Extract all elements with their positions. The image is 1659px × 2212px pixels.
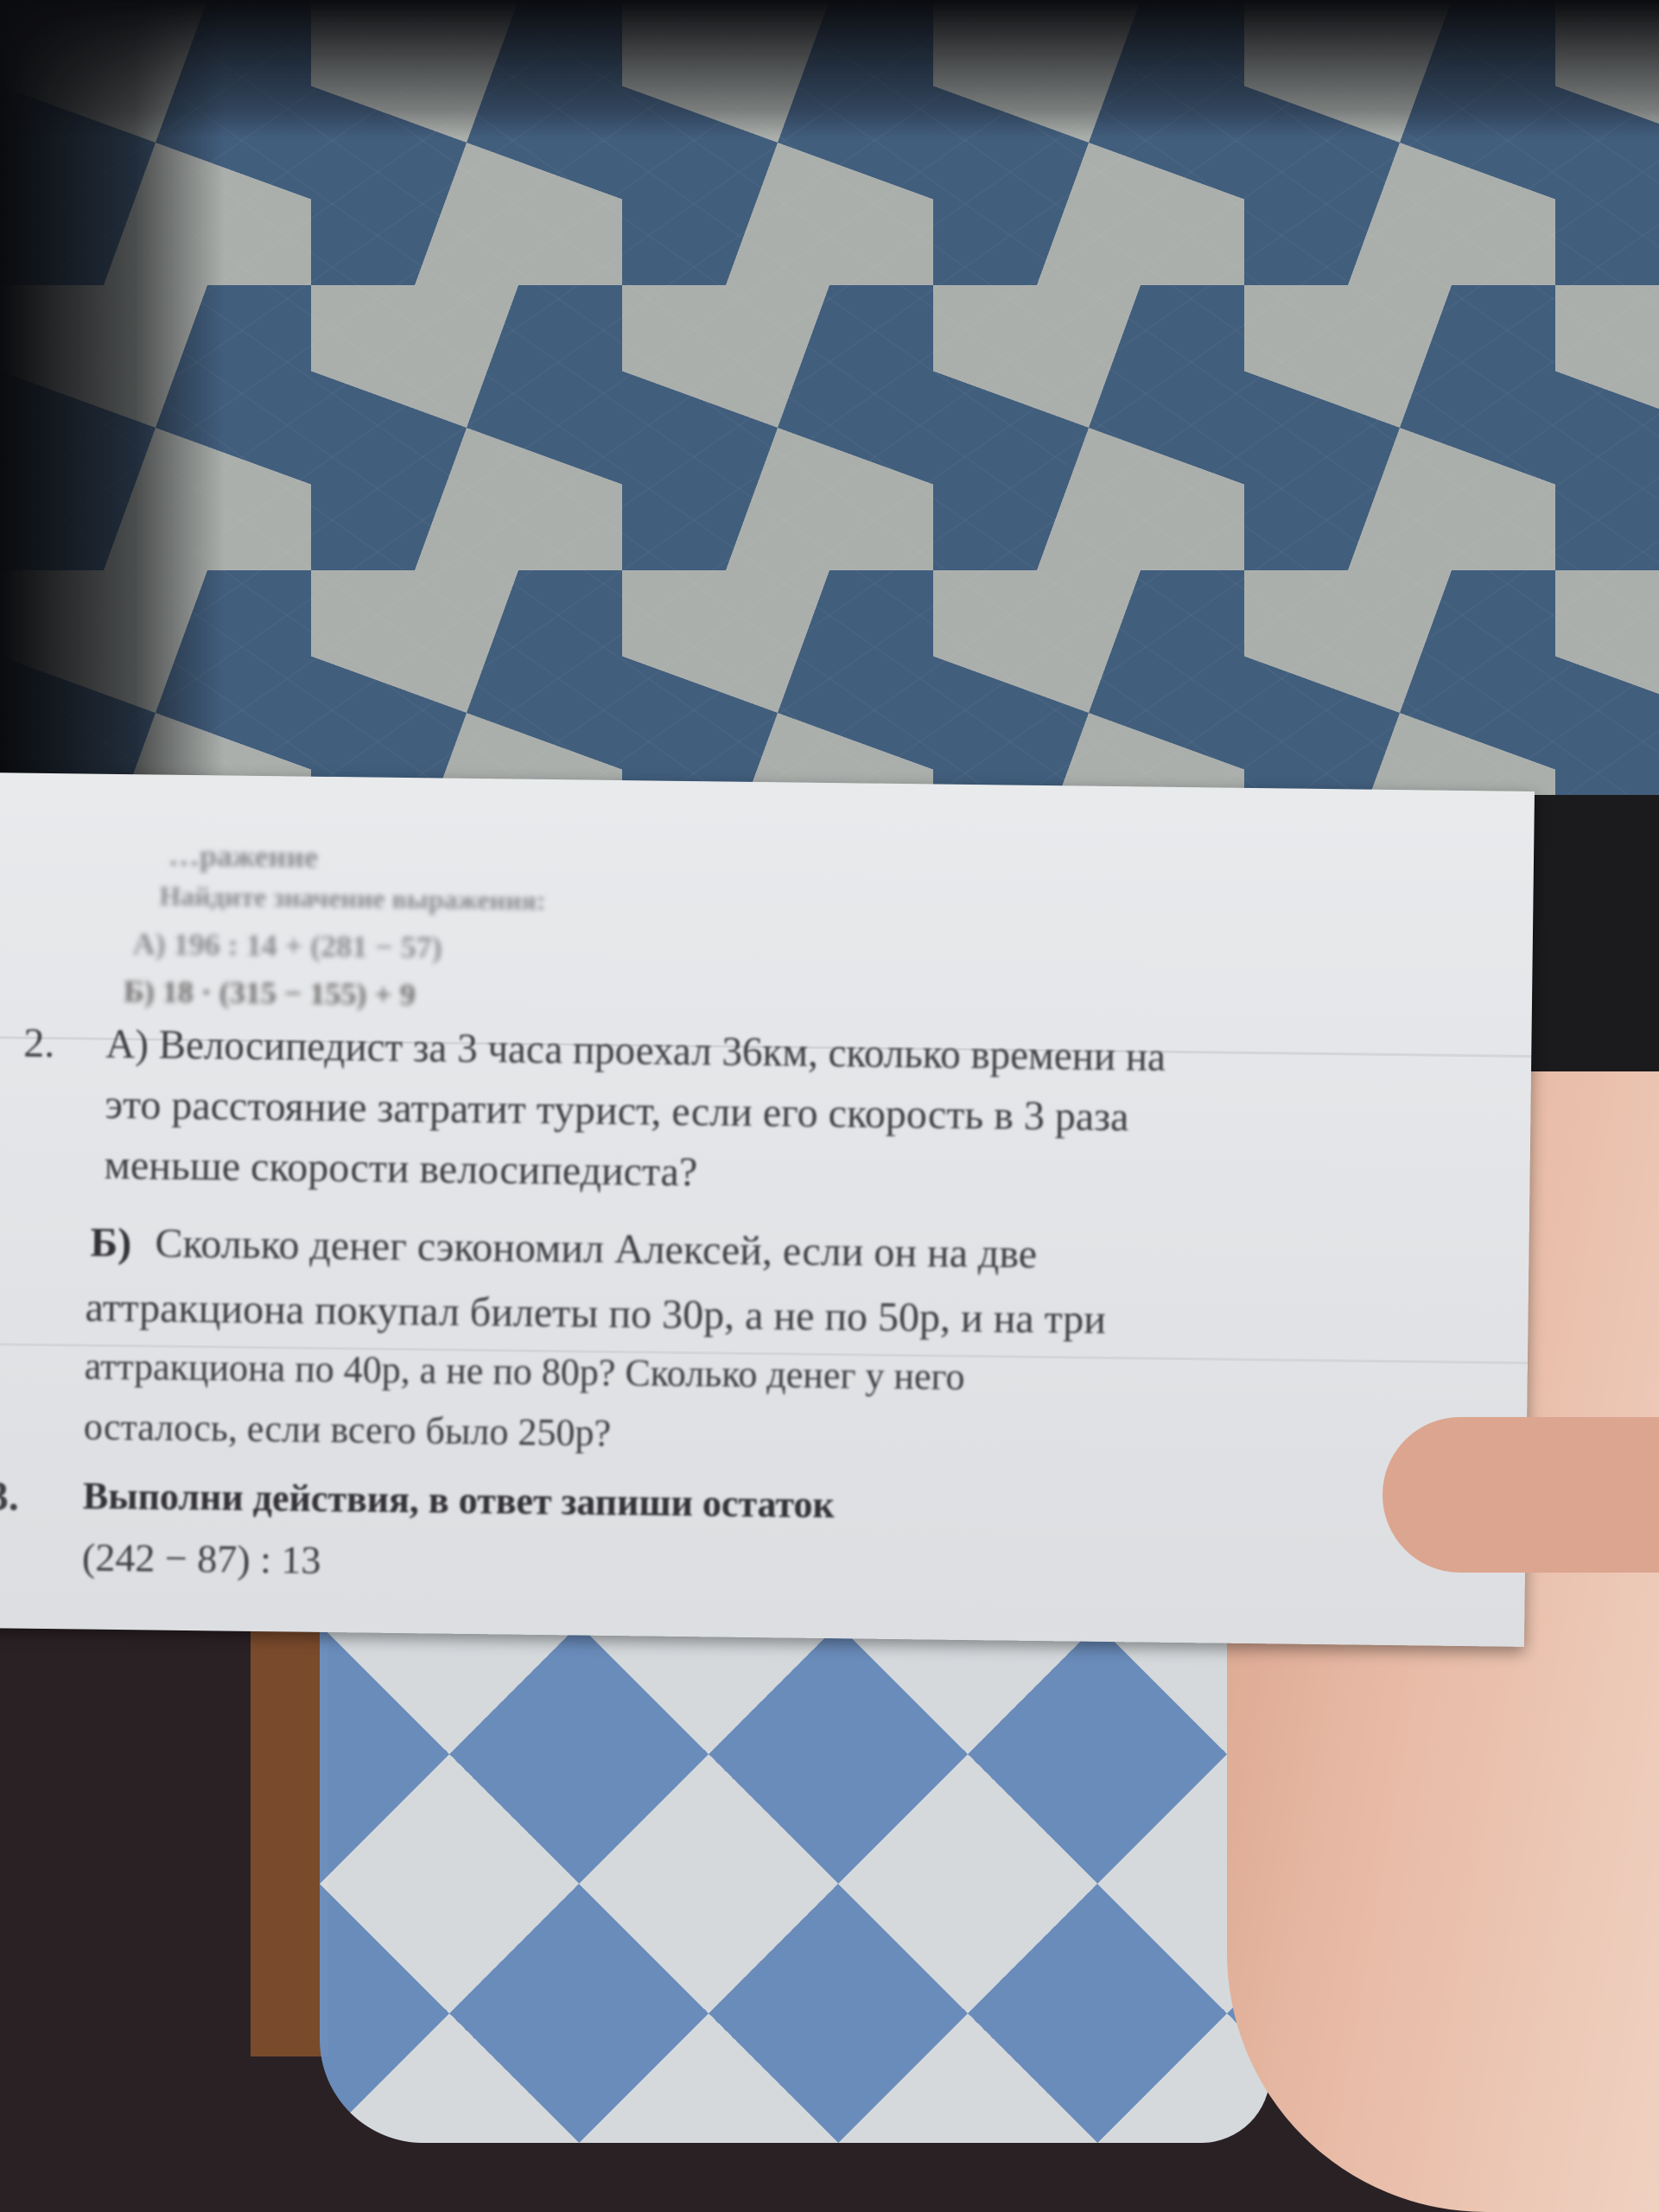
- task2-b-label: Б): [90, 1219, 131, 1268]
- thumb: [1382, 1417, 1659, 1573]
- task2-b-line1: Сколько денег сэкономил Алексей, если он…: [155, 1220, 1037, 1278]
- task1-a: А) 196 : 14 + (281 − 57): [132, 925, 442, 965]
- task2-b-line4: осталось, если всего было 250р?: [84, 1405, 612, 1455]
- worksheet-paper: …ражение Найдите значение выражения: А) …: [0, 772, 1535, 1647]
- task3-instruction: Выполни действия, в ответ запиши остаток: [83, 1474, 836, 1528]
- chair-leg: [251, 1624, 328, 2056]
- quilt-background: [0, 0, 1659, 795]
- task1-title: …ражение: [168, 837, 319, 875]
- task1-b: Б) 18 · (315 − 155) + 9: [124, 973, 416, 1013]
- task2-b-line2: аттракциона покупал билеты по 30р, а не …: [85, 1284, 1106, 1344]
- quilt-fold: [320, 1624, 1270, 2143]
- task2-a-line2: это расстояние затратит турист, если его…: [105, 1081, 1129, 1141]
- task1-instruction: Найдите значение выражения:: [159, 880, 546, 917]
- task2-number: 2.: [23, 1020, 55, 1067]
- task2-a-line1: А) Велосипедист за 3 часа проехал 36км, …: [105, 1020, 1166, 1081]
- task2-b-line3: аттракциона по 40р, а не по 80р? Сколько…: [84, 1344, 964, 1399]
- task2-a-line3: меньше скорости велосипедиста?: [104, 1141, 697, 1196]
- task3-number: 3.: [0, 1472, 19, 1520]
- task3-expression: (242 − 87) : 13: [82, 1535, 321, 1583]
